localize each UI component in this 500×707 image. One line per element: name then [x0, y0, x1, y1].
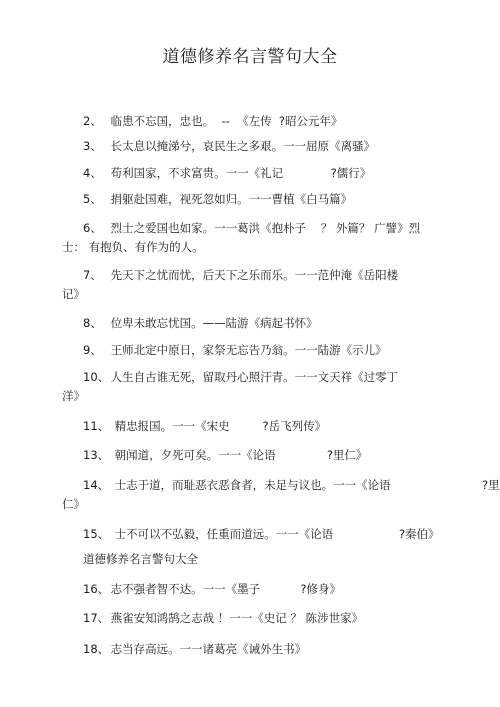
entry-number: 9、	[83, 343, 107, 357]
entry-text: 精忠报国。一一《宋史 ?岳飞列传》	[115, 419, 327, 433]
entry-text: 朝闻道，夕死可矣。一一《论语 ?里仁》	[115, 448, 368, 462]
entry-number: 14、	[83, 478, 111, 492]
entry-text: 王师北定中原日，家祭无忘告乃翁。一一陆游《示儿》	[111, 343, 387, 357]
entry-text: 临患不忘国，忠也。 -- 《左传 ?昭公元年》	[111, 114, 343, 128]
entry-text: 志当存高远。一一诸葛亮《诫外生书》	[111, 642, 307, 656]
entry-line: 17、 燕雀安知鸿鹄之志哉 ！一一《史记 ？ 陈涉世家》	[83, 611, 363, 625]
entry-line: 15、 士不可以不弘毅，任重而道远。一一《论语 ?秦伯》	[83, 527, 440, 541]
entry-number: 10、	[83, 370, 107, 384]
entry-number: 2、	[83, 114, 107, 128]
entry-text: 志不强者智不达。一一《墨子 ?修身》	[111, 582, 341, 596]
entry-number: 13、	[83, 448, 111, 462]
section-heading: 道德修养名言警句大全	[83, 552, 198, 566]
entry-number: 18、	[83, 642, 107, 656]
entry-number: 5、	[83, 192, 107, 206]
entry-line: 11、 精忠报国。一一《宋史 ?岳飞列传》	[83, 419, 326, 433]
entry-line: 14、 士志于道，而耻恶衣恶食者，未足与议也。一一《论语 ?里	[83, 478, 500, 492]
entry-number: 11、	[83, 419, 111, 433]
entry-text: 士不可以不弘毅，任重而道远。一一《论语 ?秦伯》	[115, 527, 440, 541]
entry-number: 3、	[83, 139, 107, 153]
entry-text: 长太息以掩涕兮，哀民生之多艰。一一屈原《离骚》	[111, 139, 376, 153]
entry-number: 6、	[83, 221, 107, 235]
entry-number: 7、	[83, 268, 107, 282]
entry-continuation: 仁》	[62, 497, 85, 511]
entry-text: 苟利国家，不求富贵。一一《礼记 ?儒行》	[111, 166, 372, 180]
entry-continuation: 记》	[62, 287, 85, 301]
entry-line: 13、 朝闻道，夕死可矣。一一《论语 ?里仁》	[83, 448, 367, 462]
entry-line: 2、 临患不忘国，忠也。 -- 《左传 ?昭公元年》	[83, 114, 343, 128]
entry-text: 人生自古谁无死，留取丹心照汗青。一一文天祥《过零丁	[111, 370, 399, 384]
entry-line: 8、 位卑未敢忘忧国。——陆游《病起书怀》	[83, 316, 318, 330]
entry-line: 4、 苟利国家，不求富贵。一一《礼记 ?儒行》	[83, 166, 371, 180]
document-title: 道德修养名言警句大全	[0, 42, 500, 67]
entry-text: 烈士之爱国也如家。一一葛洪《抱朴子 ？ 外篇？ 广譬》烈	[111, 221, 420, 235]
entry-text: 士志于道，而耻恶衣恶食者，未足与议也。一一《论语 ?里	[115, 478, 500, 492]
entry-text: 位卑未敢忘忧国。——陆游《病起书怀》	[111, 316, 318, 330]
entry-number: 15、	[83, 527, 111, 541]
entry-line: 16、 志不强者智不达。一一《墨子 ?修身》	[83, 582, 341, 596]
entry-line: 9、 王师北定中原日，家祭无忘告乃翁。一一陆游《示儿》	[83, 343, 387, 357]
entry-continuation: 洋》	[62, 389, 85, 403]
entry-continuation: 士： 有抱负、有作为的人。	[62, 240, 204, 254]
entry-number: 16、	[83, 582, 107, 596]
entry-text: 先天下之忧而忧，后天下之乐而乐。一一范仲淹《岳阳楼	[111, 268, 399, 282]
entry-text: 捐躯赴国难，视死忽如归。一一曹植《白马篇》	[111, 192, 353, 206]
entry-number: 8、	[83, 316, 107, 330]
entry-line: 6、 烈士之爱国也如家。一一葛洪《抱朴子 ？ 外篇？ 广譬》烈	[83, 221, 420, 235]
entry-text: 燕雀安知鸿鹄之志哉 ！一一《史记 ？ 陈涉世家》	[111, 611, 363, 625]
entry-number: 17、	[83, 611, 107, 625]
entry-line: 10、 人生自古谁无死，留取丹心照汗青。一一文天祥《过零丁	[83, 370, 398, 384]
entry-line: 18、 志当存高远。一一诸葛亮《诫外生书》	[83, 642, 306, 656]
entry-line: 5、 捐躯赴国难，视死忽如归。一一曹植《白马篇》	[83, 192, 352, 206]
entry-line: 3、 长太息以掩涕兮，哀民生之多艰。一一屈原《离骚》	[83, 139, 375, 153]
entry-number: 4、	[83, 166, 107, 180]
entry-line: 7、 先天下之忧而忧，后天下之乐而乐。一一范仲淹《岳阳楼	[83, 268, 398, 282]
